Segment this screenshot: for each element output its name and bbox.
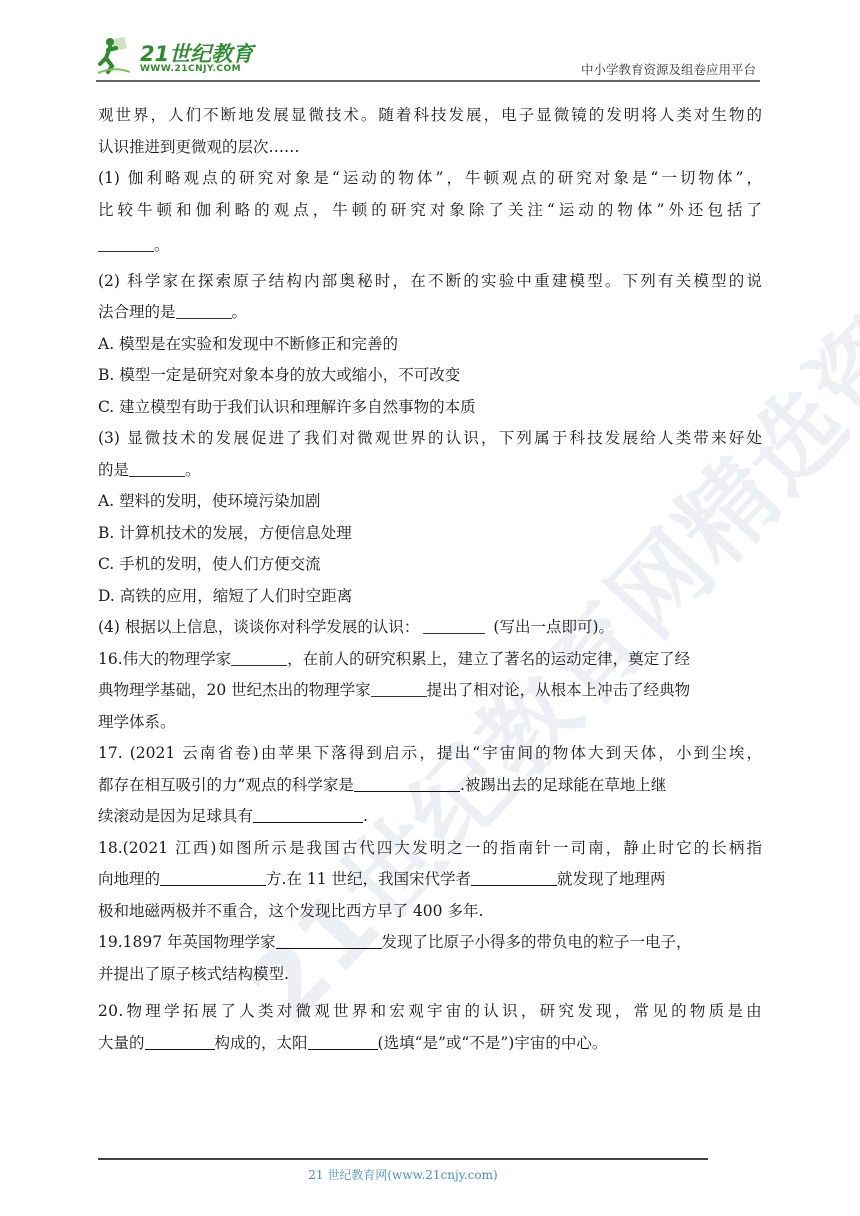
option-b: B. 计算机技术的发展，方便信息处理 xyxy=(98,518,762,550)
runner-logo-icon xyxy=(98,36,130,74)
answer-blank[interactable] xyxy=(98,235,154,252)
option-a: A. 模型是在实验和发现中不断修正和完善的 xyxy=(98,329,762,361)
answer-blank[interactable] xyxy=(145,1033,215,1050)
intro-line: 认识推进到更微观的层次…… xyxy=(98,132,762,164)
intro-line: 观世界，人们不断地发展显微技术。随着科技发展，电子显微镜的发明将人类对生物的 xyxy=(98,100,762,132)
logo-url: WWW.21CNJY.COM xyxy=(140,64,241,74)
answer-blank[interactable] xyxy=(354,775,460,792)
platform-tagline: 中小学教育资源及组卷应用平台 xyxy=(581,60,756,78)
question-15-1: (1) 伽利略观点的研究对象是“运动的物体”，牛顿观点的研究对象是“一切物体”，… xyxy=(98,163,762,262)
answer-blank[interactable] xyxy=(276,932,382,949)
question-15-2: (2) 科学家在探索原子结构内部奥秘时，在不断的实验中重建模型。下列有关模型的说… xyxy=(98,266,762,424)
answer-blank[interactable] xyxy=(423,617,485,634)
footer-divider xyxy=(98,1158,708,1160)
question-15-4: (4) 根据以上信息，谈谈你对科学发展的认识：(写出一点即可)。 xyxy=(98,612,762,644)
option-b: B. 模型一定是研究对象本身的放大或缩小，不可改变 xyxy=(98,360,762,392)
question-15-3: (3) 显微技术的发展促进了我们对微观世界的认识，下列属于科技发展给人类带来好处… xyxy=(98,423,762,612)
option-d: D. 高铁的应用，缩短了人们时空距离 xyxy=(98,581,762,613)
answer-blank[interactable] xyxy=(253,806,363,823)
answer-blank[interactable] xyxy=(129,460,185,477)
question-18: 18.(2021 江西)如图所示是我国古代四大发明之一的指南针一司南，静止时它的… xyxy=(98,833,762,928)
option-c: C. 建立模型有助于我们认识和理解许多自然事物的本质 xyxy=(98,392,762,424)
page-header: 21世纪教育 WWW.21CNJY.COM 中小学教育资源及组卷应用平台 xyxy=(96,28,760,80)
header-divider xyxy=(96,80,760,82)
question-16: 16.伟大的物理学家，在前人的研究积累上，建立了著名的运动定律，奠定了经 典物理… xyxy=(98,644,762,739)
site-logo: 21世纪教育 WWW.21CNJY.COM xyxy=(96,28,266,78)
question-20: 20.物理学拓展了人类对微观世界和宏观宇宙的认识，研究发现，常见的物质是由 大量… xyxy=(98,996,762,1059)
answer-blank[interactable] xyxy=(308,1033,378,1050)
footer-text: 21 世纪教育网(www.21cnjy.com) xyxy=(0,1166,806,1183)
answer-blank[interactable] xyxy=(176,302,232,319)
exam-content: 观世界，人们不断地发展显微技术。随着科技发展，电子显微镜的发明将人类对生物的 认… xyxy=(98,100,762,1059)
answer-blank[interactable] xyxy=(371,680,427,697)
answer-blank[interactable] xyxy=(160,869,266,886)
answer-blank[interactable] xyxy=(471,869,557,886)
question-17: 17. (2021 云南省卷)由苹果下落得到启示，提出“宇宙间的物体大到天体，小… xyxy=(98,738,762,833)
answer-blank[interactable] xyxy=(231,649,287,666)
option-c: C. 手机的发明，使人们方便交流 xyxy=(98,549,762,581)
option-a: A. 塑料的发明，使环境污染加剧 xyxy=(98,486,762,518)
question-19: 19.1897 年英国物理学家发现了比原子小得多的带负电的粒子一电子， 并提出了… xyxy=(98,927,762,990)
